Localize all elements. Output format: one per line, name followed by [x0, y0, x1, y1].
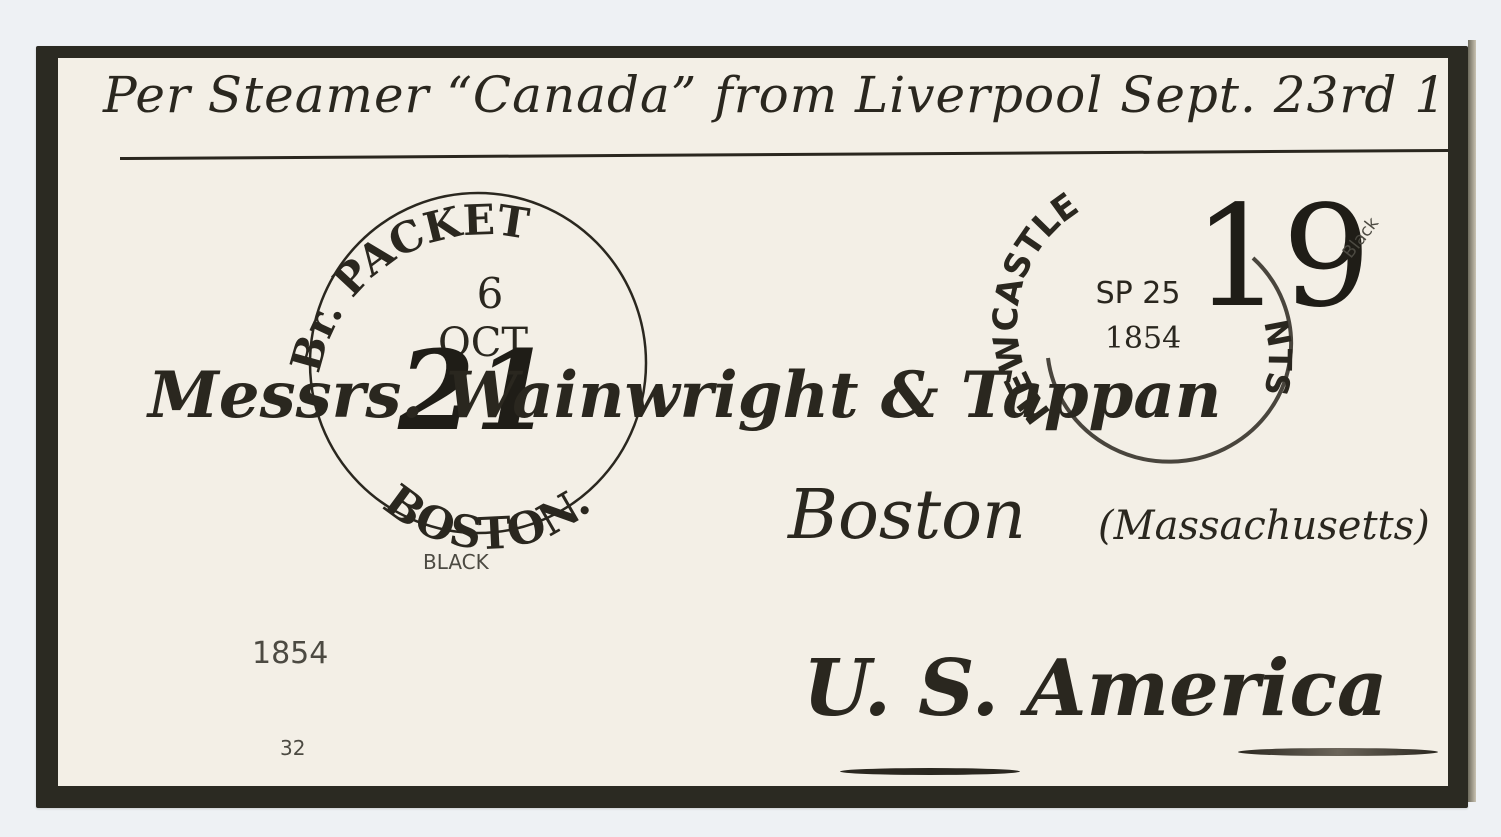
country-underline-left	[840, 768, 1020, 775]
pencil-note-year: 1854	[252, 636, 328, 671]
address-country: U. S. America	[803, 643, 1387, 734]
newcastle-rate-marking: 19	[1193, 176, 1371, 339]
photo-edge	[1468, 40, 1476, 802]
newcastle-postmark-year: 1854	[1105, 321, 1181, 356]
address-city: Boston	[788, 476, 1026, 555]
newcastle-postmark-date: SP 25	[1096, 276, 1181, 311]
pencil-note-reference-number: 32	[280, 736, 305, 760]
country-underline-right	[1238, 748, 1438, 756]
pencil-note-ink-color-boston: BLACK	[423, 550, 489, 574]
addressee-name: Messrs. Wainwright & Tappan	[148, 358, 1221, 433]
postal-cover: Per Steamer “Canada” from Liverpool Sept…	[58, 58, 1448, 786]
address-state: (Massachusetts)	[1098, 503, 1430, 549]
